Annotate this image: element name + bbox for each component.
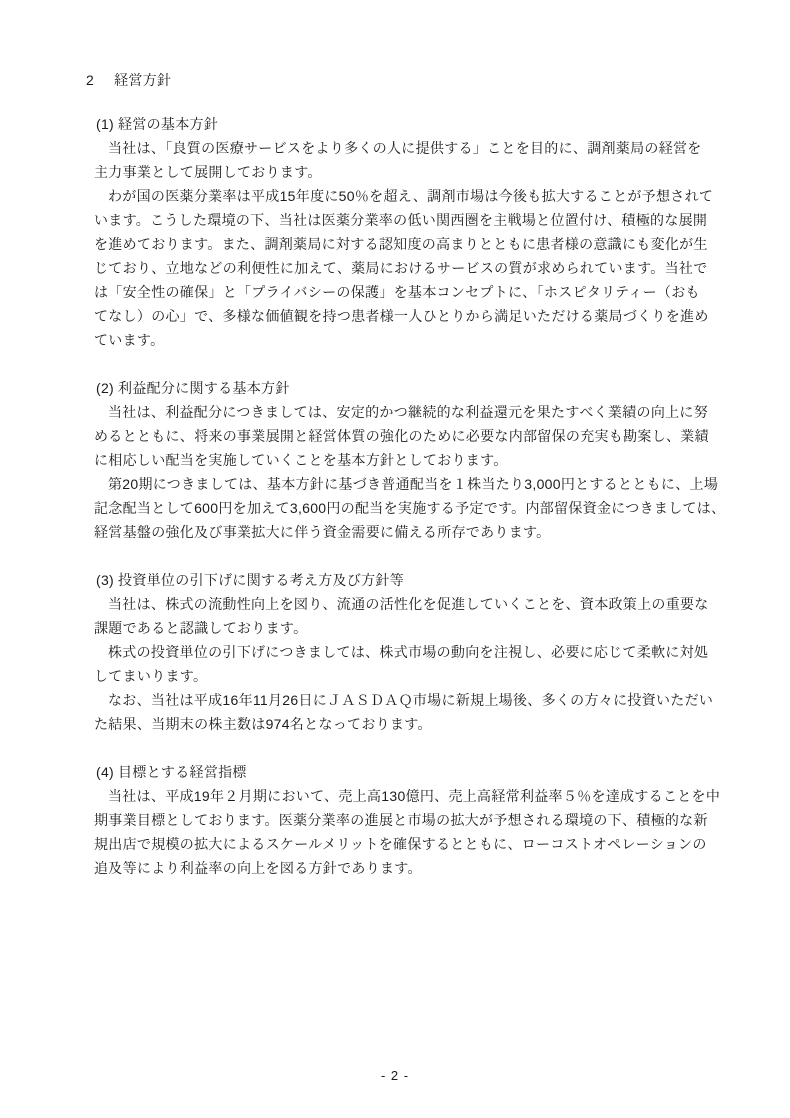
section-heading-text: 目標とする経営指標 xyxy=(118,764,247,780)
text-line: 記念配当として600円を加えて3,600円の配当を実施する予定です。内部留保資金… xyxy=(94,496,790,520)
text-line: わが国の医薬分業率は平成15年度に50％を超え、調剤市場は今後も拡大することが予… xyxy=(94,184,790,208)
text-line: は「安全性の確保」と「プライバシーの保護」を基本コンセプトに、「ホスピタリティー… xyxy=(94,280,790,304)
section-profit-distribution: (2)利益配分に関する基本方針 当社は、利益配分につきましては、安定的かつ継続的… xyxy=(0,376,790,544)
section-body: 当社は、株式の流動性向上を図り、流通の活性化を促進していくことを、資本政策上の重… xyxy=(94,592,790,736)
text-line: 株式の投資単位の引下げにつきましては、株式市場の動向を注視し、必要に応じて柔軟に… xyxy=(94,640,790,664)
text-line: てなし）の心」で、多様な価値観を持つ患者様一人ひとりから満足いただける薬局づくり… xyxy=(94,304,790,328)
section-body: 当社は、利益配分につきましては、安定的かつ継続的な利益還元を果たすべく業績の向上… xyxy=(94,400,790,544)
section-management-targets: (4)目標とする経営指標 当社は、平成19年２月期において、売上高130億円、売… xyxy=(0,760,790,880)
text-line: を進めております。また、調剤薬局に対する認知度の高まりとともに患者様の意識にも変… xyxy=(94,232,790,256)
section-heading-text: 投資単位の引下げに関する考え方及び方針等 xyxy=(118,572,404,588)
text-line: た結果、当期末の株主数は974名となっております。 xyxy=(94,712,790,736)
text-line: じており、立地などの利便性に加えて、薬局におけるサービスの質が求められています。… xyxy=(94,256,790,280)
section-heading: (2)利益配分に関する基本方針 xyxy=(96,376,790,400)
text-line: めるとともに、将来の事業展開と経営体質の強化のために必要な内部留保の充実も勘案し… xyxy=(94,424,790,448)
text-line: 当社は、平成19年２月期において、売上高130億円、売上高経常利益率５％を達成す… xyxy=(94,784,790,808)
text-line: に相応しい配当を実施していくことを基本方針としております。 xyxy=(94,448,790,472)
text-line: います。こうした環境の下、当社は医薬分業率の低い関西圏を主戦場と位置付け、積極的… xyxy=(94,208,790,232)
text-line: 当社は、「良質の医療サービスをより多くの人に提供する」ことを目的に、調剤薬局の経… xyxy=(94,136,790,160)
document-page: 2経営方針 (1)経営の基本方針 当社は、「良質の医療サービスをより多くの人に提… xyxy=(0,0,790,1118)
text-line: 経営基盤の強化及び事業拡大に伴う資金需要に備える所存であります。 xyxy=(94,520,790,544)
section-heading-text: 利益配分に関する基本方針 xyxy=(118,380,290,396)
chapter-title: 2経営方針 xyxy=(86,68,790,92)
section-body: 当社は、平成19年２月期において、売上高130億円、売上高経常利益率５％を達成す… xyxy=(94,784,790,880)
section-heading: (1)経営の基本方針 xyxy=(96,112,790,136)
text-line: 期事業目標としております。医薬分業率の進展と市場の拡大が予想される環境の下、積極… xyxy=(94,808,790,832)
section-heading: (4)目標とする経営指標 xyxy=(96,760,790,784)
section-label: (3) xyxy=(96,568,114,592)
section-label: (1) xyxy=(96,112,114,136)
text-line: してまいります。 xyxy=(94,664,790,688)
section-body: 当社は、「良質の医療サービスをより多くの人に提供する」ことを目的に、調剤薬局の経… xyxy=(94,136,790,352)
section-label: (4) xyxy=(96,760,114,784)
chapter-title-text: 経営方針 xyxy=(114,72,171,88)
section-heading: (3)投資単位の引下げに関する考え方及び方針等 xyxy=(96,568,790,592)
document-body: 2経営方針 (1)経営の基本方針 当社は、「良質の医療サービスをより多くの人に提… xyxy=(0,0,790,880)
text-line: 規出店で規模の拡大によるスケールメリットを確保するとともに、ローコストオペレーシ… xyxy=(94,832,790,856)
text-line: 課題であると認識しております。 xyxy=(94,616,790,640)
section-basic-policy: (1)経営の基本方針 当社は、「良質の医療サービスをより多くの人に提供する」こと… xyxy=(0,112,790,352)
text-line: 追及等により利益率の向上を図る方針であります。 xyxy=(94,856,790,880)
text-line: 当社は、株式の流動性向上を図り、流通の活性化を促進していくことを、資本政策上の重… xyxy=(94,592,790,616)
section-investment-unit: (3)投資単位の引下げに関する考え方及び方針等 当社は、株式の流動性向上を図り、… xyxy=(0,568,790,736)
text-line: 第20期につきましては、基本方針に基づき普通配当を１株当たり3,000円とすると… xyxy=(94,472,790,496)
text-line: ています。 xyxy=(94,328,790,352)
section-label: (2) xyxy=(96,376,114,400)
text-line: なお、当社は平成16年11月26日にＪＡＳＤＡＱ市場に新規上場後、多くの方々に投… xyxy=(94,688,790,712)
page-number: - 2 - xyxy=(0,1064,790,1088)
section-heading-text: 経営の基本方針 xyxy=(118,116,218,132)
chapter-number: 2 xyxy=(86,68,94,92)
text-line: 主力事業として展開しております。 xyxy=(94,160,790,184)
text-line: 当社は、利益配分につきましては、安定的かつ継続的な利益還元を果たすべく業績の向上… xyxy=(94,400,790,424)
